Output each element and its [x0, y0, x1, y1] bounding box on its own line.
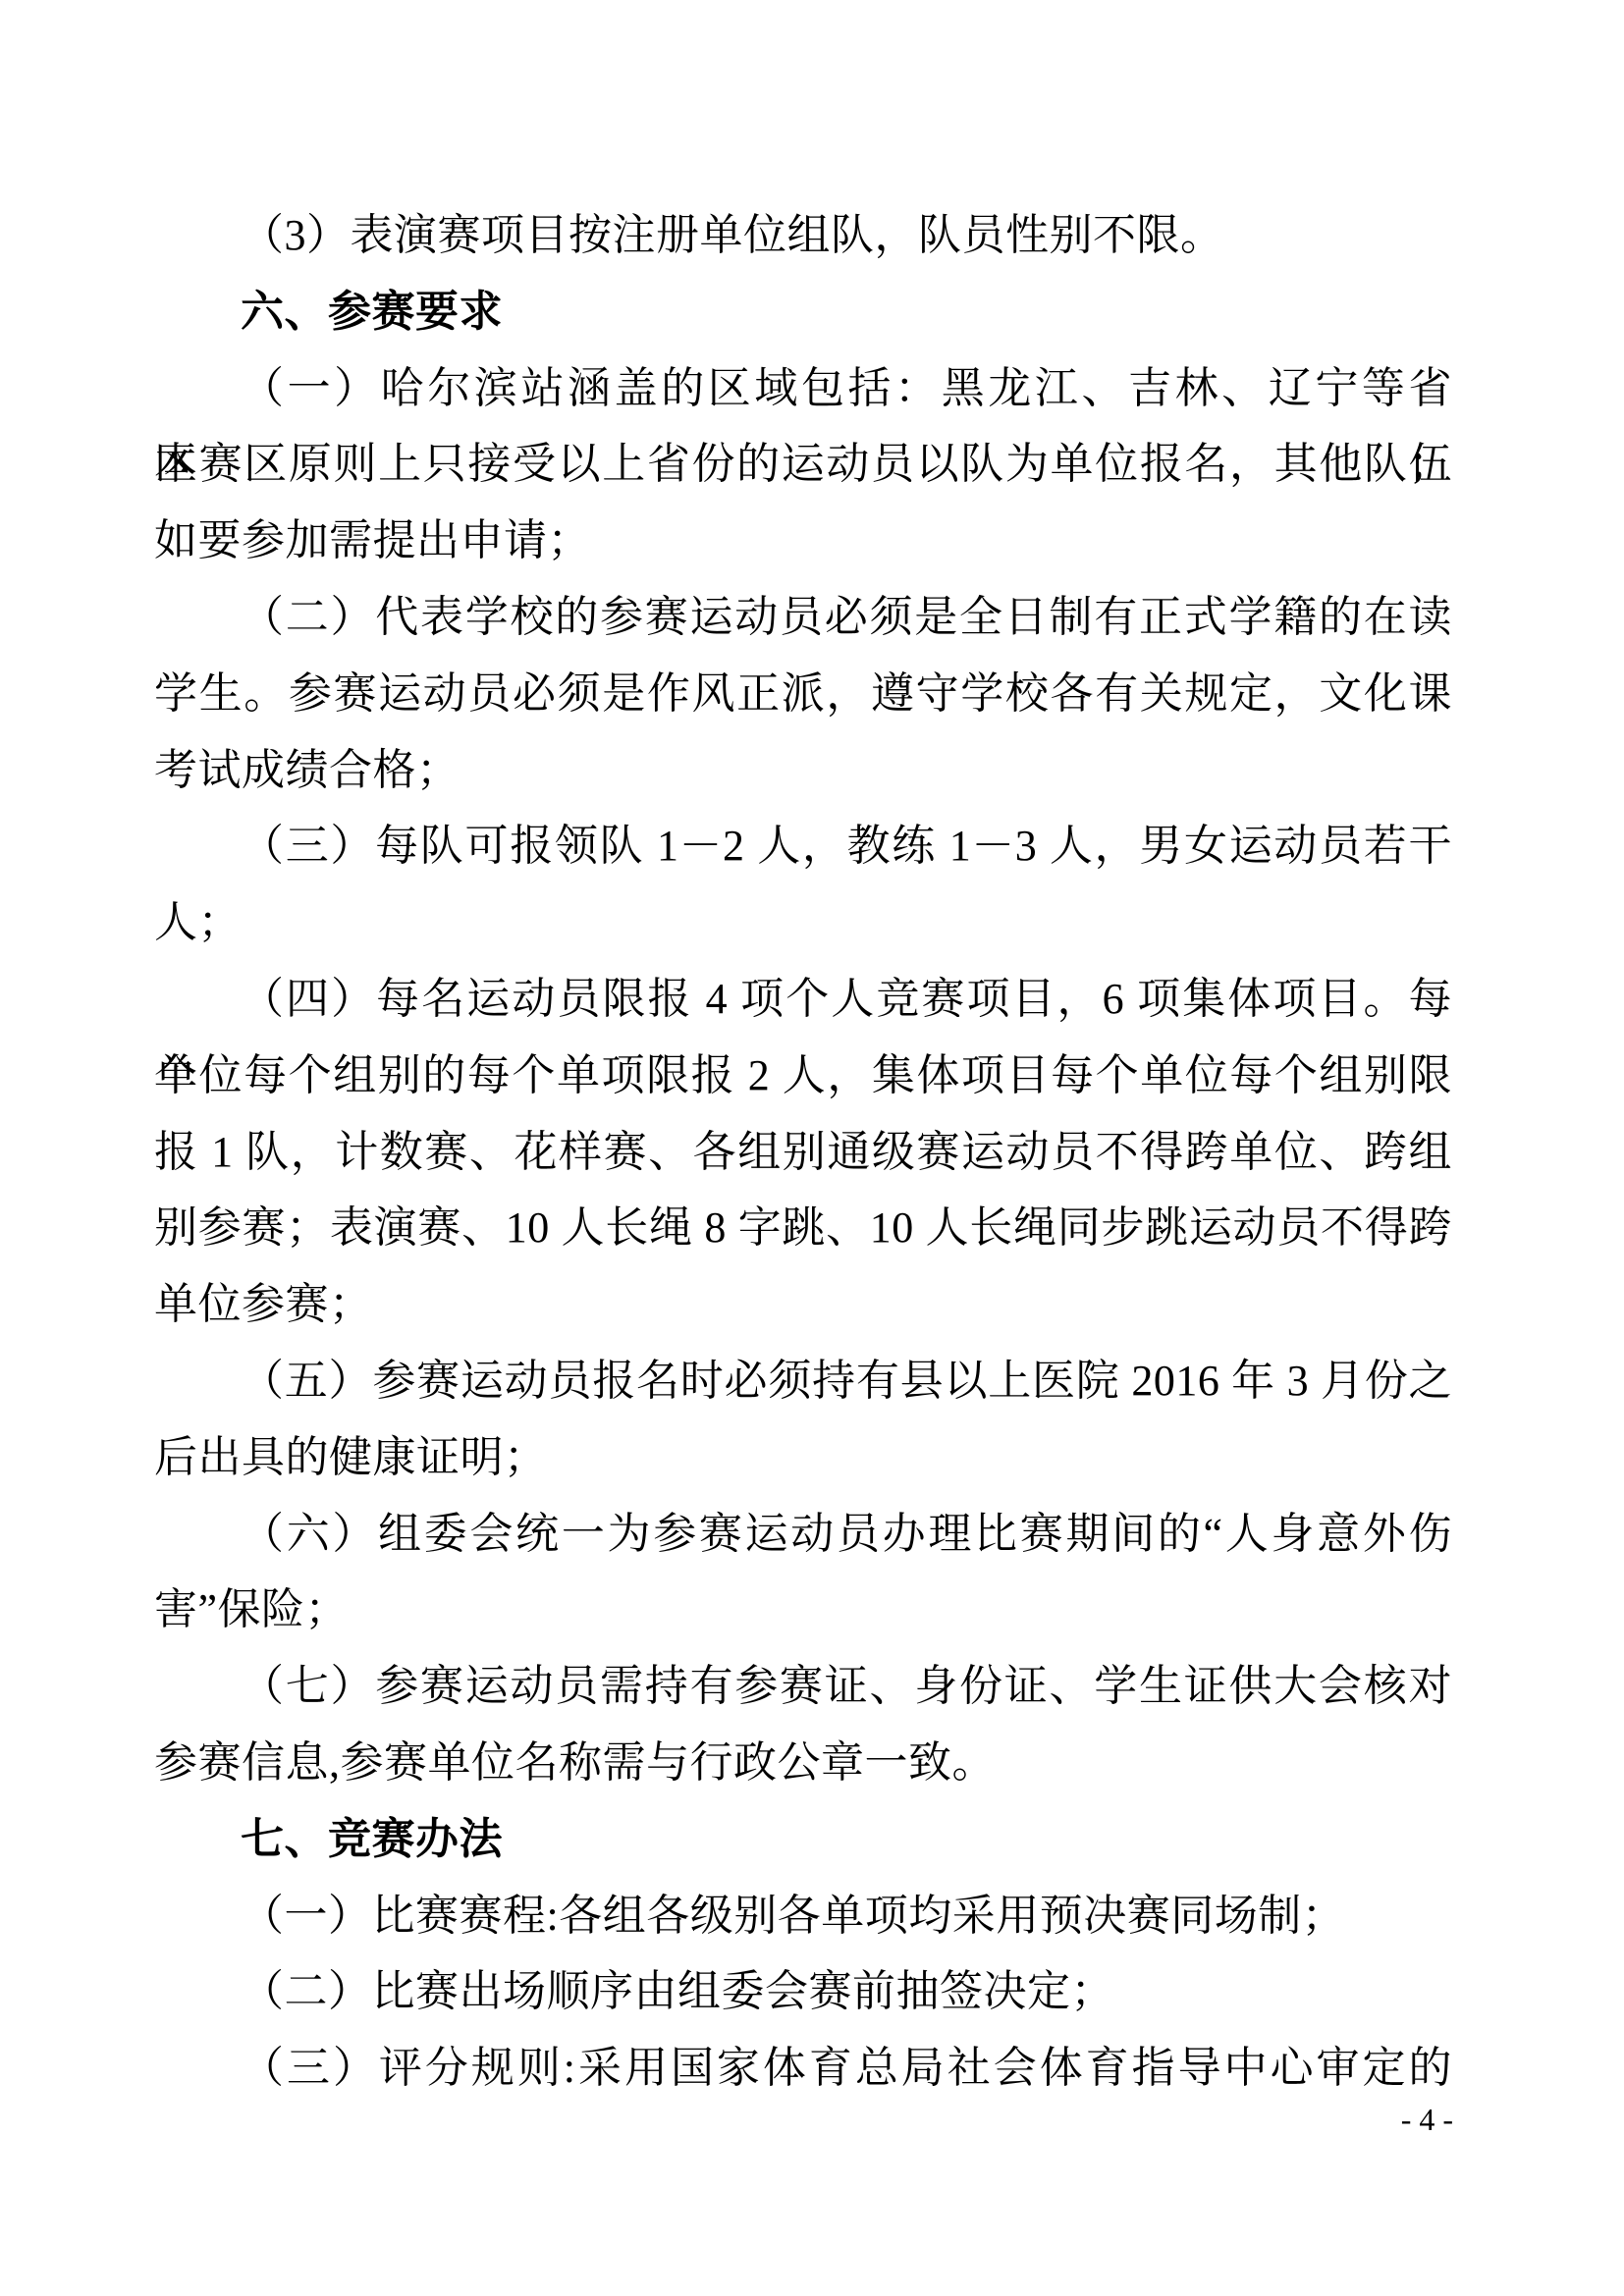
text-line: 考试成绩合格；	[154, 732, 1452, 809]
text-line: （六）组委会统一为参赛运动员办理比赛期间的“人身意外伤	[154, 1496, 1452, 1573]
text-line: （三）每队可报领队 1－2 人，教练 1－3 人，男女运动员若干	[154, 808, 1452, 884]
text-line: 害”保险；	[154, 1572, 1452, 1648]
text-line: （二）比赛出场顺序由组委会赛前抽签决定；	[154, 1953, 1452, 2030]
text-line: 学生。参赛运动员必须是作风正派，遵守学校各有关规定，文化课	[154, 656, 1452, 732]
text-line: 单位参赛；	[154, 1266, 1452, 1343]
text-line: 单位每个组别的每个单项限报 2 人，集体项目每个单位每个组别限	[154, 1038, 1452, 1114]
section-heading: 七、竞赛办法	[154, 1801, 1452, 1878]
text-line: 参赛信息,参赛单位名称需与行政公章一致。	[154, 1725, 1452, 1801]
document-page: （3）表演赛项目按注册单位组队，队员性别不限。 六、参赛要求 （一）哈尔滨站涵盖…	[0, 0, 1624, 2296]
text-line: 如要参加需提出申请；	[154, 503, 1452, 579]
text-line: （3）表演赛项目按注册单位组队，队员性别不限。	[154, 197, 1452, 274]
page-number: - 4 -	[1401, 2101, 1453, 2138]
text-line: （五）参赛运动员报名时必须持有县以上医院 2016 年 3 月份之	[154, 1343, 1452, 1419]
text-line: （一）哈尔滨站涵盖的区域包括：黑龙江、吉林、辽宁等省区；	[154, 350, 1452, 427]
text-line: （四）每名运动员限报 4 项个人竞赛项目，6 项集体项目。每个	[154, 961, 1452, 1038]
text-line: （二）代表学校的参赛运动员必须是全日制有正式学籍的在读	[154, 579, 1452, 656]
text-line: 后出具的健康证明；	[154, 1419, 1452, 1496]
text-line: （一）比赛赛程:各组各级别各单项均采用预决赛同场制；	[154, 1878, 1452, 1954]
section-heading: 六、参赛要求	[154, 274, 1452, 350]
text-line: （七）参赛运动员需持有参赛证、身份证、学生证供大会核对	[154, 1648, 1452, 1725]
text-line: （三）评分规则:采用国家体育总局社会体育指导中心审定的	[154, 2030, 1452, 2107]
document-body: （3）表演赛项目按注册单位组队，队员性别不限。 六、参赛要求 （一）哈尔滨站涵盖…	[154, 197, 1452, 2107]
text-line: 人；	[154, 884, 1452, 961]
text-line: 本赛区原则上只接受以上省份的运动员以队为单位报名，其他队伍	[154, 426, 1452, 503]
text-line: 报 1 队，计数赛、花样赛、各组别通级赛运动员不得跨单位、跨组	[154, 1114, 1452, 1191]
text-line: 别参赛；表演赛、10 人长绳 8 字跳、10 人长绳同步跳运动员不得跨	[154, 1190, 1452, 1266]
